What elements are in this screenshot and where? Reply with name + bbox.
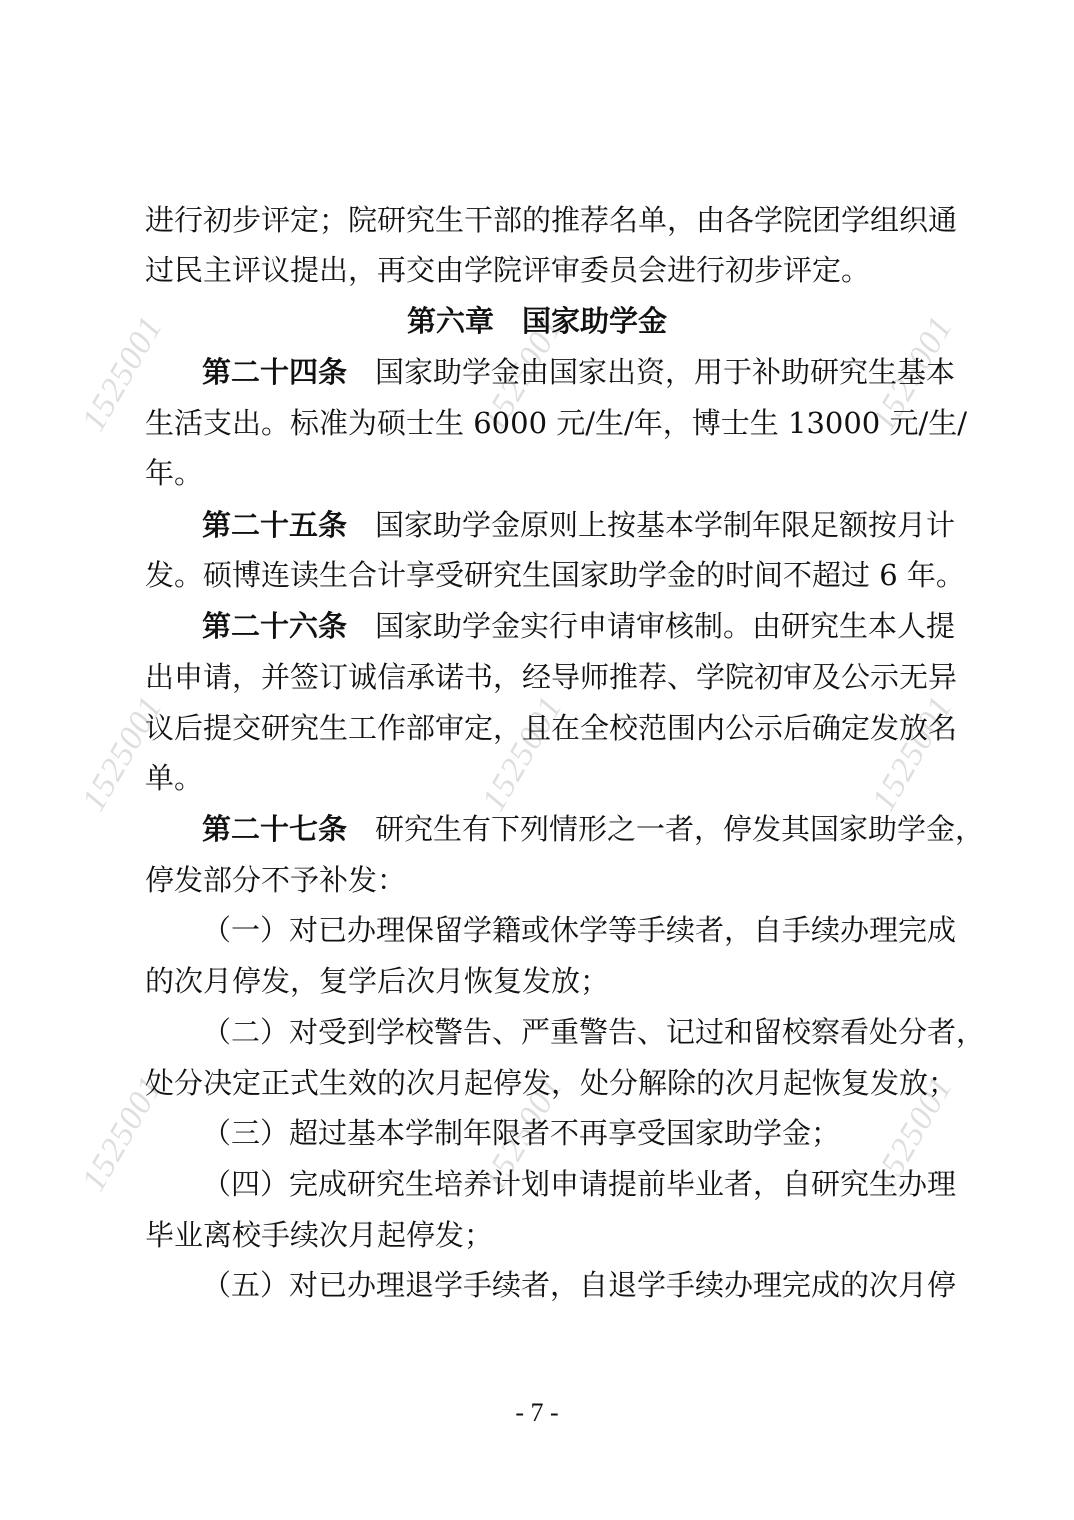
article-number: 第二十五条 <box>202 508 347 542</box>
chapter-number: 第六章 <box>407 304 494 338</box>
paragraph-line: 停发部分不予补发： <box>145 860 945 900</box>
article-number: 第二十七条 <box>202 812 347 846</box>
article-26: 第二十六条国家助学金实行申请审核制。由研究生本人提 <box>202 606 945 646</box>
document-page: 1525001 1525001 1525001 1525001 1525001 … <box>0 0 1074 1520</box>
article-text: 国家助学金由国家出资，用于补助研究生基本 <box>375 355 955 389</box>
list-item-3: （三）超过基本学制年限者不再享受国家助学金； <box>202 1113 945 1153</box>
article-number: 第二十六条 <box>202 609 347 643</box>
paragraph-line: 的次月停发，复学后次月恢复发放； <box>145 961 945 1001</box>
list-item-5: （五）对已办理退学手续者，自退学手续办理完成的次月停 <box>202 1265 945 1305</box>
chapter-title: 国家助学金 <box>522 304 667 338</box>
chapter-heading: 第六章国家助学金 <box>0 301 1074 341</box>
list-item-4: （四）完成研究生培养计划申请提前毕业者，自研究生办理 <box>202 1164 945 1204</box>
page-number: - 7 - <box>0 1398 1074 1428</box>
article-25: 第二十五条国家助学金原则上按基本学制年限足额按月计 <box>202 505 945 545</box>
paragraph-line: 进行初步评定；院研究生干部的推荐名单，由各学院团学组织通 <box>145 200 945 240</box>
article-text: 国家助学金实行申请审核制。由研究生本人提 <box>375 609 955 643</box>
paragraph-line: 处分决定正式生效的次月起停发，处分解除的次月起恢复发放； <box>145 1063 945 1103</box>
paragraph-line: 议后提交研究生工作部审定，且在全校范围内公示后确定发放名 <box>145 708 945 748</box>
article-text: 国家助学金原则上按基本学制年限足额按月计 <box>375 508 955 542</box>
paragraph-line: 年。 <box>145 453 945 493</box>
article-27: 第二十七条研究生有下列情形之一者，停发其国家助学金， <box>202 809 945 849</box>
paragraph-line: 发。硕博连读生合计享受研究生国家助学金的时间不超过 6 年。 <box>145 555 945 595</box>
paragraph-line: 单。 <box>145 758 945 798</box>
article-number: 第二十四条 <box>202 355 347 389</box>
paragraph-line: 毕业离校手续次月起停发； <box>145 1215 945 1255</box>
list-item-2: （二）对受到学校警告、严重警告、记过和留校察看处分者， <box>202 1012 945 1052</box>
paragraph-line: 出申请，并签订诚信承诺书，经导师推荐、学院初审及公示无异 <box>145 657 945 697</box>
paragraph-line: 生活支出。标准为硕士生 6000 元/生/年，博士生 13000 元/生/ <box>145 403 945 443</box>
list-item-1: （一）对已办理保留学籍或休学等手续者，自手续办理完成 <box>202 910 945 950</box>
article-text: 研究生有下列情形之一者，停发其国家助学金， <box>375 812 984 846</box>
paragraph-line: 过民主评议提出，再交由学院评审委员会进行初步评定。 <box>145 250 945 290</box>
article-24: 第二十四条国家助学金由国家出资，用于补助研究生基本 <box>202 352 945 392</box>
